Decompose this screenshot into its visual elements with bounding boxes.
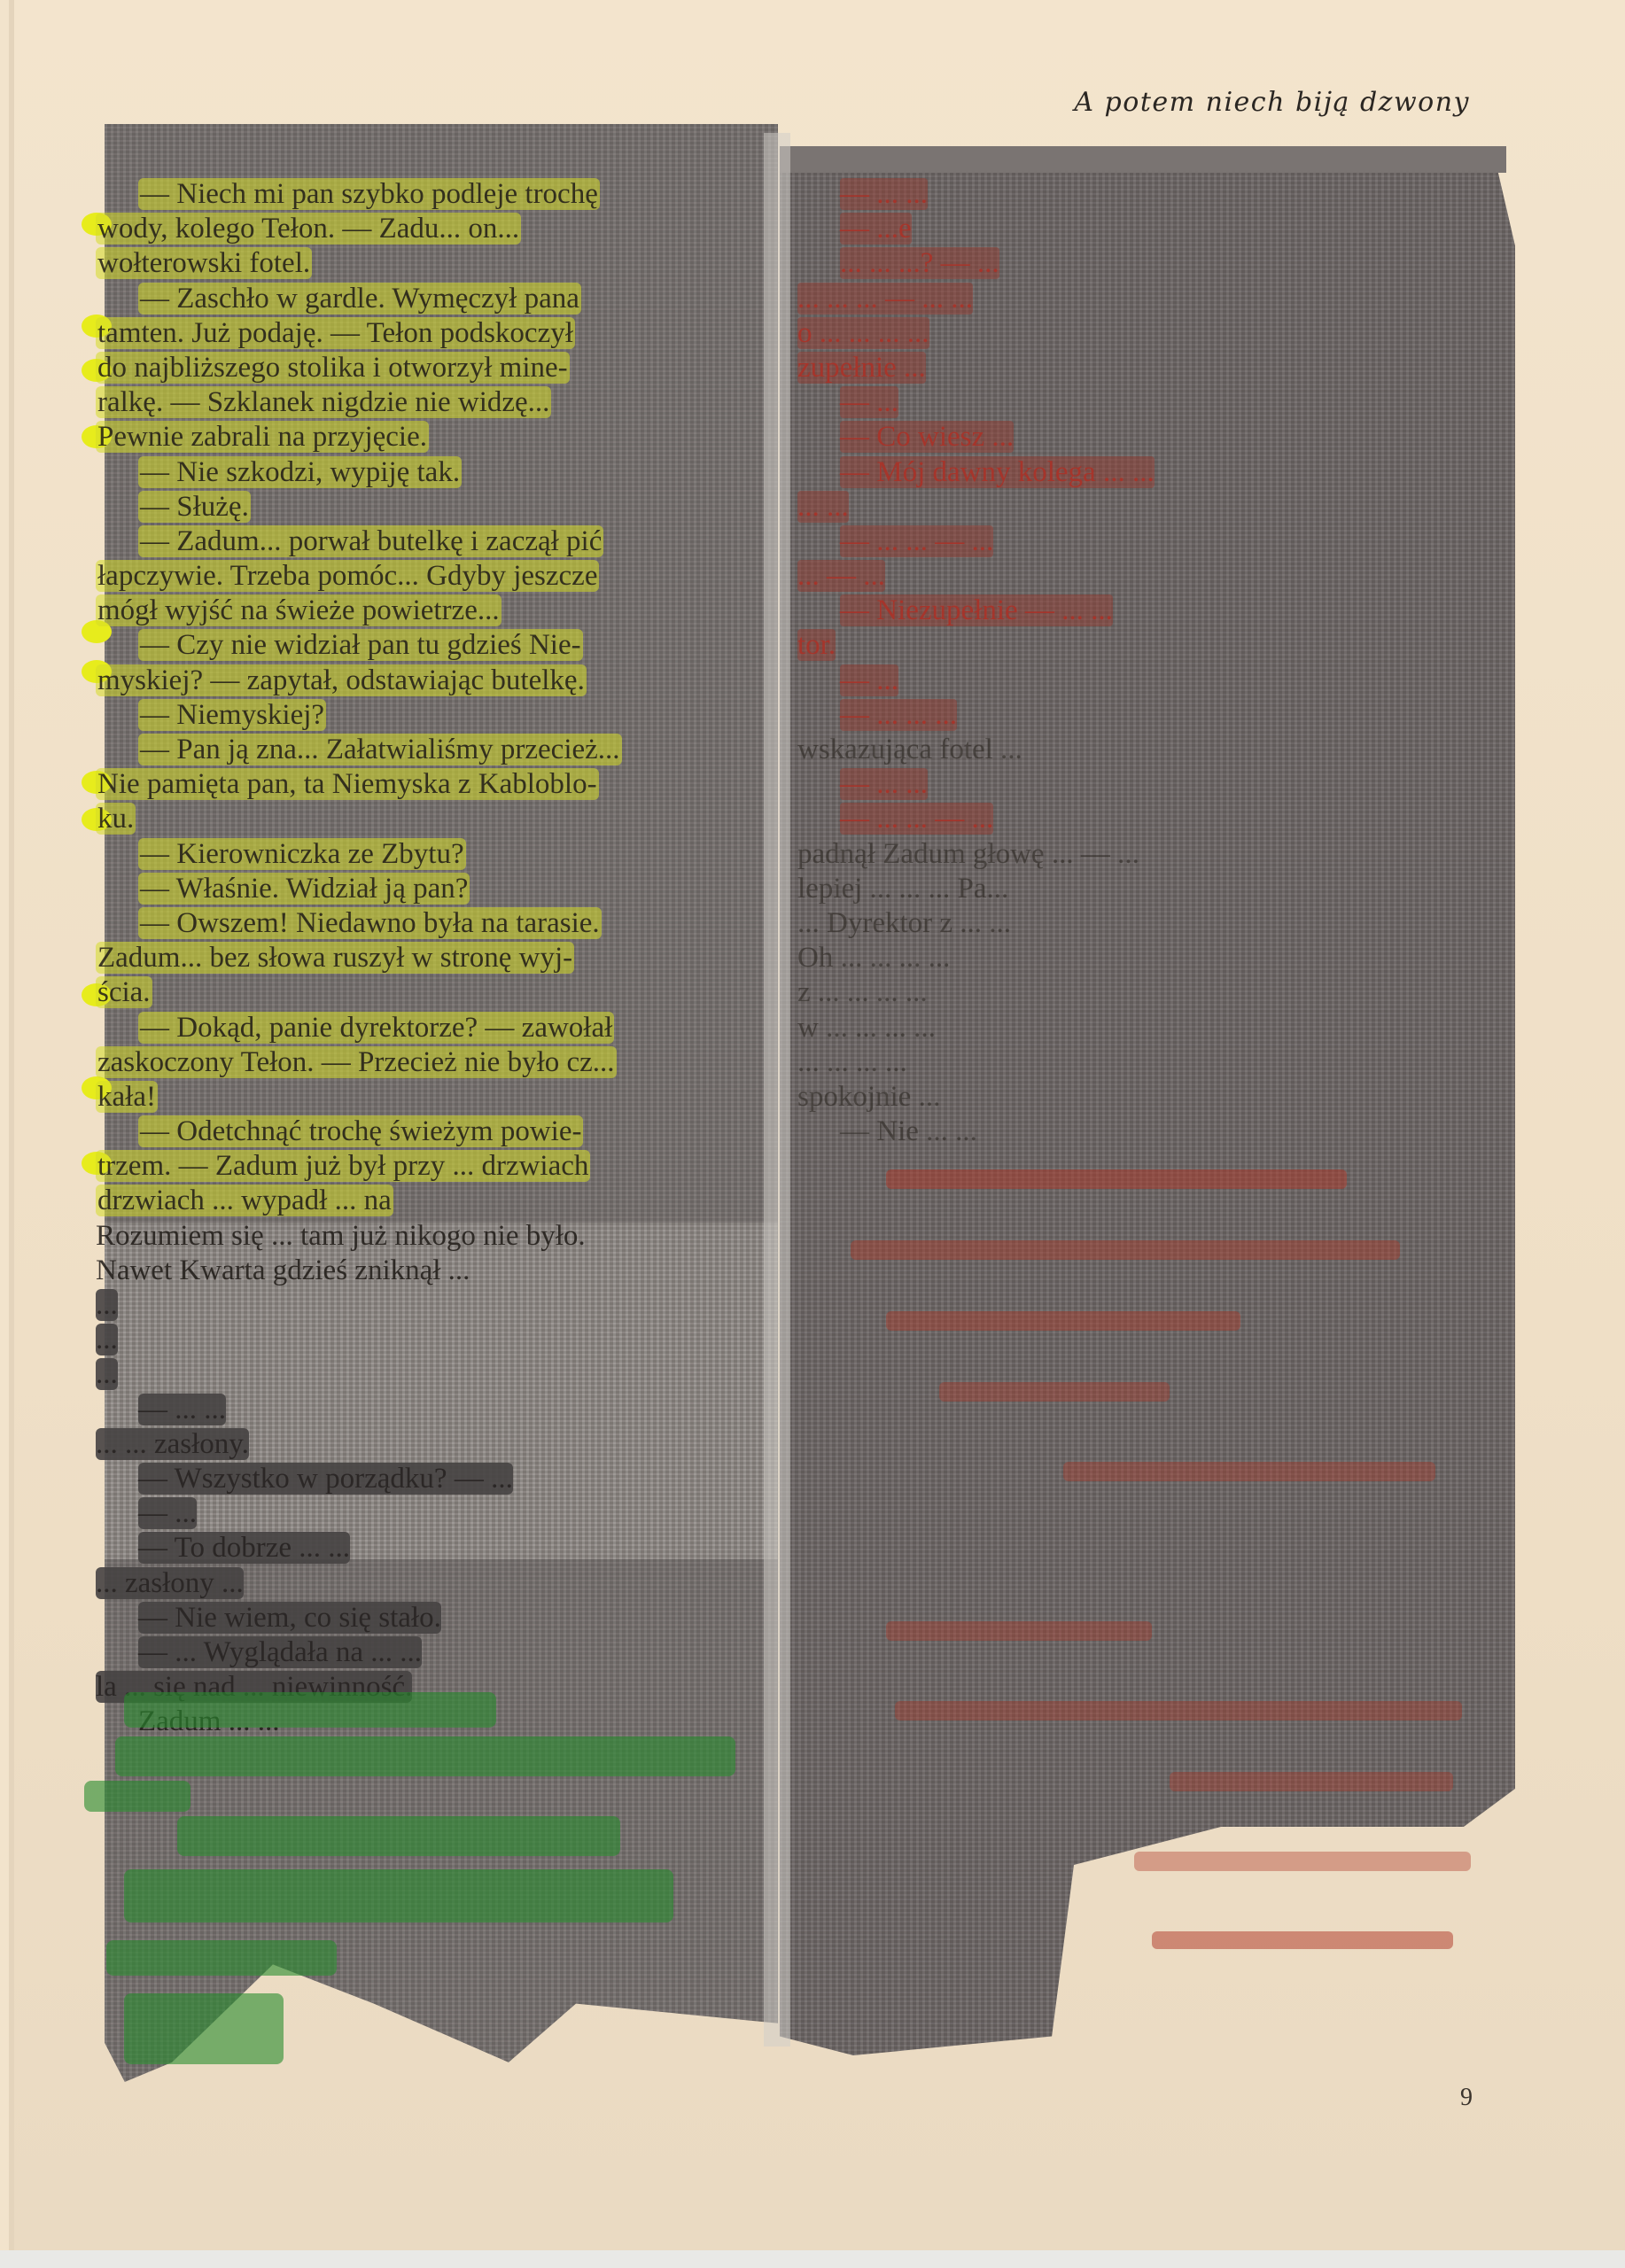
line-text: — ... xyxy=(840,386,898,418)
text-line: kała! xyxy=(96,1080,778,1115)
text-line: — ... xyxy=(797,385,1497,420)
text-line: zaskoczony Tełon. — Przecież nie było cz… xyxy=(96,1045,778,1080)
text-line: zupełnie ... xyxy=(797,351,1497,385)
text-line: ... ... ... ... xyxy=(797,1045,1497,1080)
text-line: — Służę. xyxy=(96,490,778,524)
line-text: o ... ... ... ... xyxy=(797,317,929,349)
line-text: — ...e xyxy=(840,213,912,245)
text-line: wołterowski fotel. xyxy=(96,246,778,281)
text-line: — ... ... xyxy=(797,177,1497,212)
line-text: — ... ... xyxy=(840,768,928,800)
line-text: — ... ... xyxy=(138,1394,226,1425)
line-text: do najbliższego stolika i otworzył mine- xyxy=(96,352,570,384)
line-text: — Pan ją zna... Załatwialiśmy przecież..… xyxy=(138,734,622,765)
text-line: z ... ... ... ... xyxy=(797,975,1497,1010)
green-crayon-mark xyxy=(124,1993,284,2064)
text-line: — ... xyxy=(96,1496,778,1531)
line-text: — Kierowniczka ze Zbytu? xyxy=(138,838,466,870)
text-line: wody, kolego Tełon. — Zadu... on... xyxy=(96,212,778,246)
text-line: ... Dyrektor z ... ... xyxy=(797,906,1497,941)
line-text: — Nie wiem, co się stało. xyxy=(138,1602,441,1634)
text-line: o ... ... ... ... xyxy=(797,316,1497,351)
text-line: ... ... xyxy=(797,490,1497,524)
text-line: trzem. — Zadum już był przy ... drzwiach xyxy=(96,1149,778,1184)
text-line: — Odetchnąć trochę świeżym powie- xyxy=(96,1115,778,1149)
line-text: Zadum... bez słowa ruszył w stronę wyj- xyxy=(96,942,574,974)
line-text: ... ... xyxy=(797,491,849,523)
line-text: tamten. Już podaję. — Tełon podskoczył xyxy=(96,317,575,349)
line-text: — ... xyxy=(138,1497,197,1529)
line-text: myskiej? — zapytał, odstawiając butelkę. xyxy=(96,664,587,696)
line-text: Nie pamięta pan, ta Niemyska z Kabloblo- xyxy=(96,768,599,800)
text-line: ... xyxy=(96,1323,778,1357)
text-line: ... ... ...? — ... xyxy=(797,246,1497,281)
line-text: — Nie szkodzi, wypiję tak. xyxy=(138,456,462,488)
line-text: ... xyxy=(96,1358,118,1390)
text-line: — Zaschło w gardle. Wymęczył pana xyxy=(96,282,778,316)
text-line: — ... ... xyxy=(797,767,1497,802)
text-line: ralkę. — Szklanek nigdzie nie widzę... xyxy=(96,385,778,420)
line-text: zaskoczony Tełon. — Przecież nie było cz… xyxy=(96,1046,617,1078)
text-line: wskazująca fotel ... xyxy=(797,733,1497,767)
page-bottom-edge xyxy=(0,2250,1625,2268)
line-text: ścia. xyxy=(96,976,152,1008)
line-text: ... ... zasłony. xyxy=(96,1428,249,1460)
line-text: — ... ... — ... xyxy=(840,525,993,557)
text-line: ... zasłony ... xyxy=(96,1566,778,1601)
line-text: wołterowski fotel. xyxy=(96,247,312,279)
line-text: — Nie ... ... xyxy=(840,1115,977,1147)
green-crayon-mark xyxy=(177,1816,620,1856)
text-line: — Nie ... ... xyxy=(797,1115,1497,1149)
red-crayon-mark xyxy=(1152,1931,1453,1949)
line-text: — ... xyxy=(840,664,898,696)
line-text: — Zadum... porwał butelkę i zaczął pić xyxy=(138,525,603,557)
running-head-title: A potem niech biją dzwony xyxy=(1074,87,1470,118)
text-line: ... — ... xyxy=(797,559,1497,594)
line-text: — ... Wyglądała na ... ... xyxy=(138,1636,422,1668)
line-text: lepiej ... ... ... Pa... xyxy=(797,873,1008,905)
text-line: — ... ... xyxy=(96,1393,778,1427)
text-line: Nawet Kwarta gdzieś zniknął ... xyxy=(96,1254,778,1288)
red-crayon-mark xyxy=(1170,1772,1453,1791)
text-line: — ... xyxy=(797,664,1497,698)
text-line: — Nie szkodzi, wypiję tak. xyxy=(96,455,778,490)
text-line: — ... ... — ... xyxy=(797,802,1497,836)
text-line: — Co wiesz ... xyxy=(797,420,1497,454)
text-line: — Zadum... porwał butelkę i zaczął pić xyxy=(96,524,778,559)
line-text: ... ... ... ... xyxy=(797,1046,907,1078)
line-text: — ... ... ... xyxy=(840,699,957,731)
line-text: — Odetchnąć trochę świeżym powie- xyxy=(138,1115,583,1147)
text-line: — Nie wiem, co się stało. xyxy=(96,1601,778,1635)
text-line: drzwiach ... wypadł ... na xyxy=(96,1184,778,1218)
line-text: ... ... ... — ... ... xyxy=(797,283,973,315)
line-text: — Czy nie widział pan tu gdzieś Nie- xyxy=(138,629,583,661)
line-text: — Niemyskiej? xyxy=(138,699,326,731)
line-text: łapczywie. Trzeba pomóc... Gdyby jeszcze xyxy=(96,560,599,592)
text-line: ... ... zasłony. xyxy=(96,1427,778,1462)
text-line: Rozumiem się ... tam już nikogo nie było… xyxy=(96,1219,778,1254)
text-line: — Niech mi pan szybko podleje trochę xyxy=(96,177,778,212)
red-crayon-mark xyxy=(1134,1852,1471,1871)
line-text: — Mój dawny kolega ... ... xyxy=(840,456,1155,488)
text-line: Nie pamięta pan, ta Niemyska z Kabloblo- xyxy=(96,767,778,802)
line-text: ralkę. — Szklanek nigdzie nie widzę... xyxy=(96,386,551,418)
red-crayon-mark xyxy=(886,1169,1347,1189)
text-line: — Niezupełnie — ... ... xyxy=(797,594,1497,628)
line-text: ... zasłony ... xyxy=(96,1567,244,1599)
line-text: tor. xyxy=(797,629,836,661)
right-text-column: — ... ... — ...e ... ... ...? — ... ... … xyxy=(797,177,1497,1149)
line-text: — Wszystko w porządku? — ... xyxy=(138,1463,513,1495)
text-line: — Właśnie. Widział ją pan? xyxy=(96,872,778,906)
line-text: — ... ... xyxy=(840,178,928,210)
text-line: Zadum... bez słowa ruszył w stronę wyj- xyxy=(96,941,778,975)
line-text: — To dobrze ... ... xyxy=(138,1532,350,1564)
green-crayon-mark xyxy=(84,1781,190,1812)
line-text: w ... ... ... ... xyxy=(797,1012,936,1044)
text-line: myskiej? — zapytał, odstawiając butelkę. xyxy=(96,664,778,698)
text-line: ... xyxy=(96,1288,778,1323)
graphite-crayon-top-band xyxy=(780,146,1506,173)
line-text: wody, kolego Tełon. — Zadu... on... xyxy=(96,213,521,245)
line-text: — Co wiesz ... xyxy=(840,421,1014,453)
text-line: padnął Zadum głowę ... — ... xyxy=(797,837,1497,872)
line-text: Pewnie zabrali na przyjęcie. xyxy=(96,421,429,453)
line-text: — Owszem! Niedawno była na tarasie. xyxy=(138,907,602,939)
red-crayon-mark xyxy=(851,1240,1400,1260)
line-text: — Właśnie. Widział ją pan? xyxy=(138,873,470,905)
line-text: — ... ... — ... xyxy=(840,803,993,835)
line-text: Rozumiem się ... tam już nikogo nie było… xyxy=(96,1220,586,1252)
line-text: kała! xyxy=(96,1081,158,1113)
text-line: — Owszem! Niedawno była na tarasie. xyxy=(96,906,778,941)
red-crayon-mark xyxy=(1063,1462,1435,1481)
line-text: wskazująca fotel ... xyxy=(797,734,1022,765)
text-line: — Dokąd, panie dyrektorze? — zawołał xyxy=(96,1011,778,1045)
line-text: ... xyxy=(96,1324,118,1355)
line-text: Nawet Kwarta gdzieś zniknął ... xyxy=(96,1254,470,1286)
text-line: do najbliższego stolika i otworzył mine- xyxy=(96,351,778,385)
text-line: — Wszystko w porządku? — ... xyxy=(96,1462,778,1496)
text-line: — ... ... — ... xyxy=(797,524,1497,559)
text-line: — To dobrze ... ... xyxy=(96,1531,778,1565)
text-line: — Niemyskiej? xyxy=(96,698,778,733)
line-text: ku. xyxy=(96,803,136,835)
text-line: — Pan ją zna... Załatwialiśmy przecież..… xyxy=(96,733,778,767)
text-line: — ... Wyglądała na ... ... xyxy=(96,1635,778,1670)
text-line: — Mój dawny kolega ... ... xyxy=(797,455,1497,490)
line-text: — Dokąd, panie dyrektorze? — zawołał xyxy=(138,1012,614,1044)
text-line: Oh ... ... ... ... xyxy=(797,941,1497,975)
text-line: — ... ... ... xyxy=(797,698,1497,733)
page-number: 9 xyxy=(1460,2084,1473,2112)
text-line: ku. xyxy=(96,802,778,836)
green-crayon-mark xyxy=(106,1940,337,1976)
red-crayon-mark xyxy=(886,1621,1152,1641)
line-text: zupełnie ... xyxy=(797,352,926,384)
text-line: — Czy nie widział pan tu gdzieś Nie- xyxy=(96,628,778,663)
line-text: ... Dyrektor z ... ... xyxy=(797,907,1011,939)
line-text: mógł wyjść na świeże powietrze... xyxy=(96,594,501,626)
text-line: w ... ... ... ... xyxy=(797,1011,1497,1045)
line-text: drzwiach ... wypadł ... na xyxy=(96,1184,393,1216)
line-text: spokojnie ... xyxy=(797,1081,940,1113)
line-text: ... — ... xyxy=(797,560,885,592)
line-text: — Niezupełnie — ... ... xyxy=(840,594,1113,626)
text-line: ... xyxy=(96,1357,778,1392)
text-line: mógł wyjść na świeże powietrze... xyxy=(96,594,778,628)
line-text: — Zaschło w gardle. Wymęczył pana xyxy=(138,283,581,315)
text-line: ... ... ... — ... ... xyxy=(797,282,1497,316)
text-line: tor. xyxy=(797,628,1497,663)
red-crayon-mark xyxy=(939,1382,1170,1402)
text-line: ścia. xyxy=(96,975,778,1010)
line-text: ... xyxy=(96,1289,118,1321)
green-crayon-mark xyxy=(124,1692,496,1728)
line-text: ... ... ...? — ... xyxy=(840,247,999,279)
red-crayon-mark xyxy=(886,1311,1240,1331)
text-line: Pewnie zabrali na przyjęcie. xyxy=(96,420,778,454)
left-text-column: — Niech mi pan szybko podleje trochę wod… xyxy=(96,177,778,1739)
line-text: — Służę. xyxy=(138,491,251,523)
line-text: z ... ... ... ... xyxy=(797,976,928,1008)
red-crayon-mark xyxy=(895,1701,1462,1720)
text-line: — ...e xyxy=(797,212,1497,246)
line-text: padnął Zadum głowę ... — ... xyxy=(797,838,1139,870)
text-line: spokojnie ... xyxy=(797,1080,1497,1115)
text-line: lepiej ... ... ... Pa... xyxy=(797,872,1497,906)
line-text: — Niech mi pan szybko podleje trochę xyxy=(138,178,600,210)
green-crayon-mark xyxy=(115,1736,735,1776)
text-line: łapczywie. Trzeba pomóc... Gdyby jeszcze xyxy=(96,559,778,594)
green-crayon-mark xyxy=(124,1869,673,1922)
line-text: trzem. — Zadum już był przy ... drzwiach xyxy=(96,1150,590,1182)
line-text: Oh ... ... ... ... xyxy=(797,942,950,974)
text-line: tamten. Już podaję. — Tełon podskoczył xyxy=(96,316,778,351)
text-line: — Kierowniczka ze Zbytu? xyxy=(96,837,778,872)
